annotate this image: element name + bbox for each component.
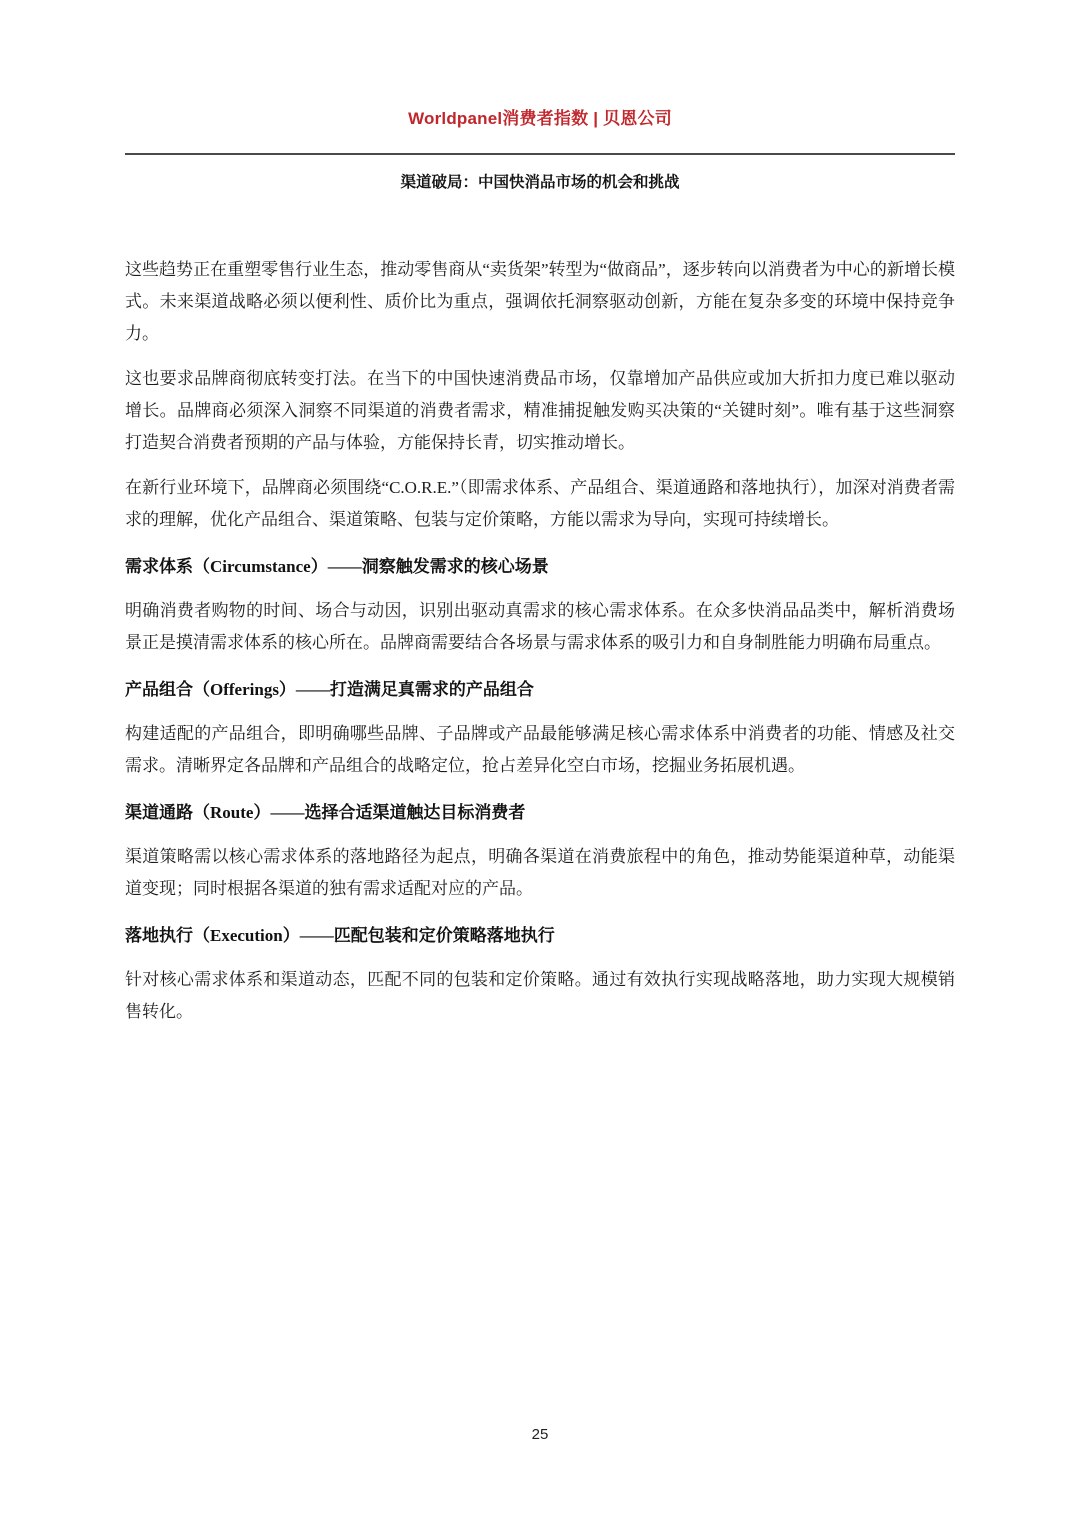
- paragraph-core-framework: 在新行业环境下，品牌商必须围绕“C.O.R.E.”（即需求体系、产品组合、渠道通…: [125, 472, 955, 536]
- paragraph-circumstance: 明确消费者购物的时间、场合与动因，识别出驱动真需求的核心需求体系。在众多快消品品…: [125, 595, 955, 659]
- page-number: 25: [532, 1426, 549, 1443]
- document-page: Worldpanel消费者指数 | 贝恩公司 渠道破局：中国快消品市场的机会和挑…: [0, 0, 1080, 1515]
- section-heading-offerings: 产品组合（Offerings）——打造满足真需求的产品组合: [125, 674, 955, 706]
- page-footer: 25: [0, 1426, 1080, 1443]
- document-body: 这些趋势正在重塑零售行业生态，推动零售商从“卖货架”转型为“做商品”，逐步转向以…: [125, 254, 955, 1028]
- paragraph-brand-shift: 这也要求品牌商彻底转变打法。在当下的中国快速消费品市场，仅靠增加产品供应或加大折…: [125, 363, 955, 459]
- section-heading-execution: 落地执行（Execution）——匹配包装和定价策略落地执行: [125, 920, 955, 952]
- document-title: 渠道破局：中国快消品市场的机会和挑战: [0, 170, 1080, 192]
- paragraph-offerings: 构建适配的产品组合，即明确哪些品牌、子品牌或产品最能够满足核心需求体系中消费者的…: [125, 718, 955, 782]
- section-heading-route: 渠道通路（Route）——选择合适渠道触达目标消费者: [125, 797, 955, 829]
- paragraph-trends: 这些趋势正在重塑零售行业生态，推动零售商从“卖货架”转型为“做商品”，逐步转向以…: [125, 254, 955, 350]
- header-divider: [125, 153, 955, 155]
- section-heading-circumstance: 需求体系（Circumstance）——洞察触发需求的核心场景: [125, 551, 955, 583]
- paragraph-execution: 针对核心需求体系和渠道动态，匹配不同的包装和定价策略。通过有效执行实现战略落地，…: [125, 964, 955, 1028]
- paragraph-route: 渠道策略需以核心需求体系的落地路径为起点，明确各渠道在消费旅程中的角色，推动势能…: [125, 841, 955, 905]
- brand-header: Worldpanel消费者指数 | 贝恩公司: [0, 0, 1080, 129]
